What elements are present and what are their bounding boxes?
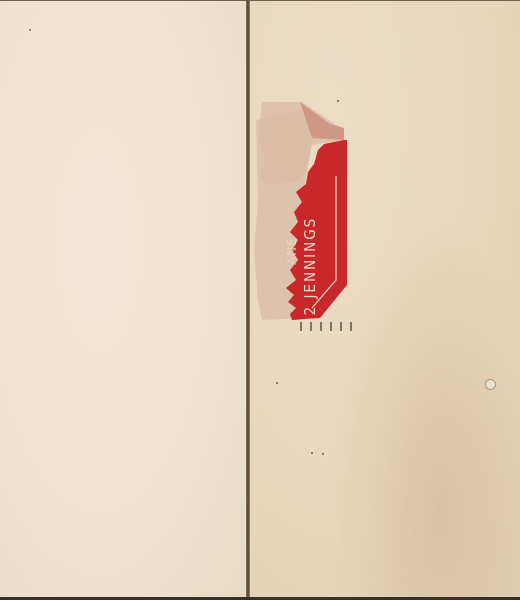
label-partial-text: ANE xyxy=(284,205,300,265)
label-address-text: 32 JENNINGS xyxy=(300,186,320,326)
water-drop-mark xyxy=(485,379,496,390)
foxing-spot xyxy=(276,382,278,384)
book-spread: 32 JENNINGS ANE xyxy=(0,0,520,600)
foxing-spot xyxy=(29,29,31,31)
foxing-spot xyxy=(322,453,324,455)
book-gutter xyxy=(246,0,250,600)
pencil-tally-marks xyxy=(300,322,370,334)
foxing-spot xyxy=(311,452,313,454)
foxing-spot xyxy=(337,100,339,102)
left-page xyxy=(0,1,247,598)
